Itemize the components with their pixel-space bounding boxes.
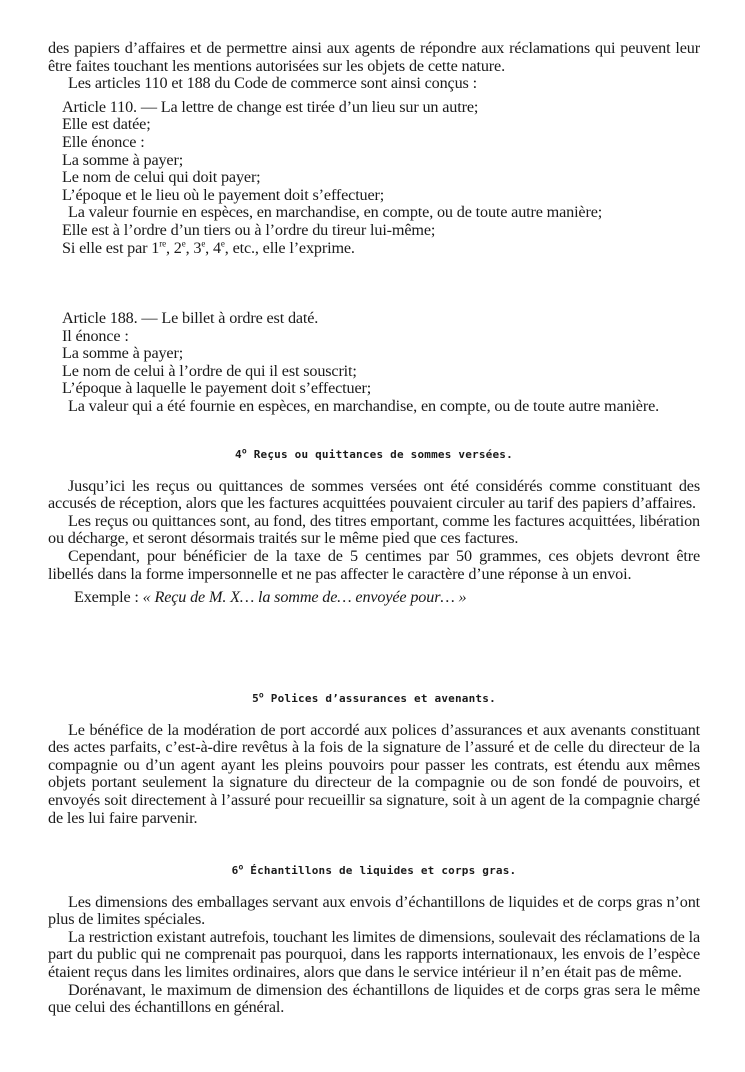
section-4-paragraph: Cependant, pour bénéficier de la taxe de… bbox=[48, 548, 700, 583]
intro-block: des papiers d’affaires et de permettre a… bbox=[48, 40, 700, 257]
article-110-line: L’époque et le lieu où le payement doit … bbox=[48, 187, 700, 205]
section-6-paragraph: Dorénavant, le maximum de dimension des … bbox=[48, 982, 700, 1017]
article-188-line: La somme à payer; bbox=[48, 345, 700, 363]
section-5-heading: 5o Polices d’assurances et avenants. bbox=[48, 690, 700, 708]
section-title: Échantillons de liquides et corps gras. bbox=[243, 864, 516, 877]
document-page: des papiers d’affaires et de permettre a… bbox=[0, 0, 745, 1072]
article-110-value-line: La valeur fournie en espèces, en marchan… bbox=[48, 204, 700, 222]
article-188-value-line: La valeur qui a été fournie en espèces, … bbox=[48, 398, 700, 416]
section-5-paragraph: Le bénéfice de la modération de port acc… bbox=[48, 722, 700, 828]
article-110-line: Le nom de celui qui doit payer; bbox=[48, 169, 700, 187]
section-4-paragraph: Jusqu’ici les reçus ou quittances de som… bbox=[48, 478, 700, 513]
example-text: « Reçu de M. X… la somme de… envoyée pou… bbox=[143, 588, 467, 606]
article-110-line: Elle énonce : bbox=[48, 134, 700, 152]
section-4-heading: 4o Reçus ou quittances de sommes versées… bbox=[48, 446, 700, 464]
article-110-title: Article 110. — La lettre de change est t… bbox=[48, 99, 700, 117]
superscript: re bbox=[159, 238, 166, 248]
text-fragment: , 3 bbox=[186, 239, 202, 257]
section-6-paragraph: Les dimensions des emballages servant au… bbox=[48, 894, 700, 929]
text-fragment: , 4 bbox=[205, 239, 221, 257]
article-188-title: Article 188. — Le billet à ordre est dat… bbox=[48, 310, 700, 328]
article-188-line: Le nom de celui à l’ordre de qui il est … bbox=[48, 363, 700, 381]
section-title: Reçus ou quittances de sommes versées. bbox=[247, 448, 513, 461]
intro-articles-line: Les articles 110 et 188 du Code de comme… bbox=[48, 75, 700, 93]
section-6: 6o Échantillons de liquides et corps gra… bbox=[48, 862, 700, 1017]
intro-paragraph: des papiers d’affaires et de permettre a… bbox=[48, 40, 700, 75]
section-number: 5 bbox=[252, 692, 259, 705]
section-4: 4o Reçus ou quittances de sommes versées… bbox=[48, 446, 700, 607]
section-5: 5o Polices d’assurances et avenants. Le … bbox=[48, 690, 700, 827]
text-fragment: , etc., elle l’exprime. bbox=[225, 239, 355, 257]
article-188-line: Il énonce : bbox=[48, 328, 700, 346]
article-110-last-line: Si elle est par 1re, 2e, 3e, 4e, etc., e… bbox=[48, 240, 700, 258]
section-6-heading: 6o Échantillons de liquides et corps gra… bbox=[48, 862, 700, 880]
article-188-block: Article 188. — Le billet à ordre est dat… bbox=[48, 310, 700, 416]
article-110-line: La somme à payer; bbox=[48, 152, 700, 170]
section-4-example: Exemple : « Reçu de M. X… la somme de… e… bbox=[48, 589, 700, 607]
example-label: Exemple : bbox=[74, 588, 143, 606]
section-number: 4 bbox=[235, 448, 242, 461]
article-188-line: L’époque à laquelle le payement doit s’e… bbox=[48, 380, 700, 398]
section-title: Polices d’assurances et avenants. bbox=[264, 692, 496, 705]
section-4-paragraph: Les reçus ou quittances sont, au fond, d… bbox=[48, 513, 700, 548]
text-fragment: Si elle est par 1 bbox=[62, 239, 159, 257]
article-110-line: Elle est datée; bbox=[48, 116, 700, 134]
section-6-paragraph: La restriction existant autrefois, touch… bbox=[48, 929, 700, 982]
text-fragment: , 2 bbox=[166, 239, 182, 257]
article-110-order-line: Elle est à l’ordre d’un tiers ou à l’ord… bbox=[48, 222, 700, 240]
